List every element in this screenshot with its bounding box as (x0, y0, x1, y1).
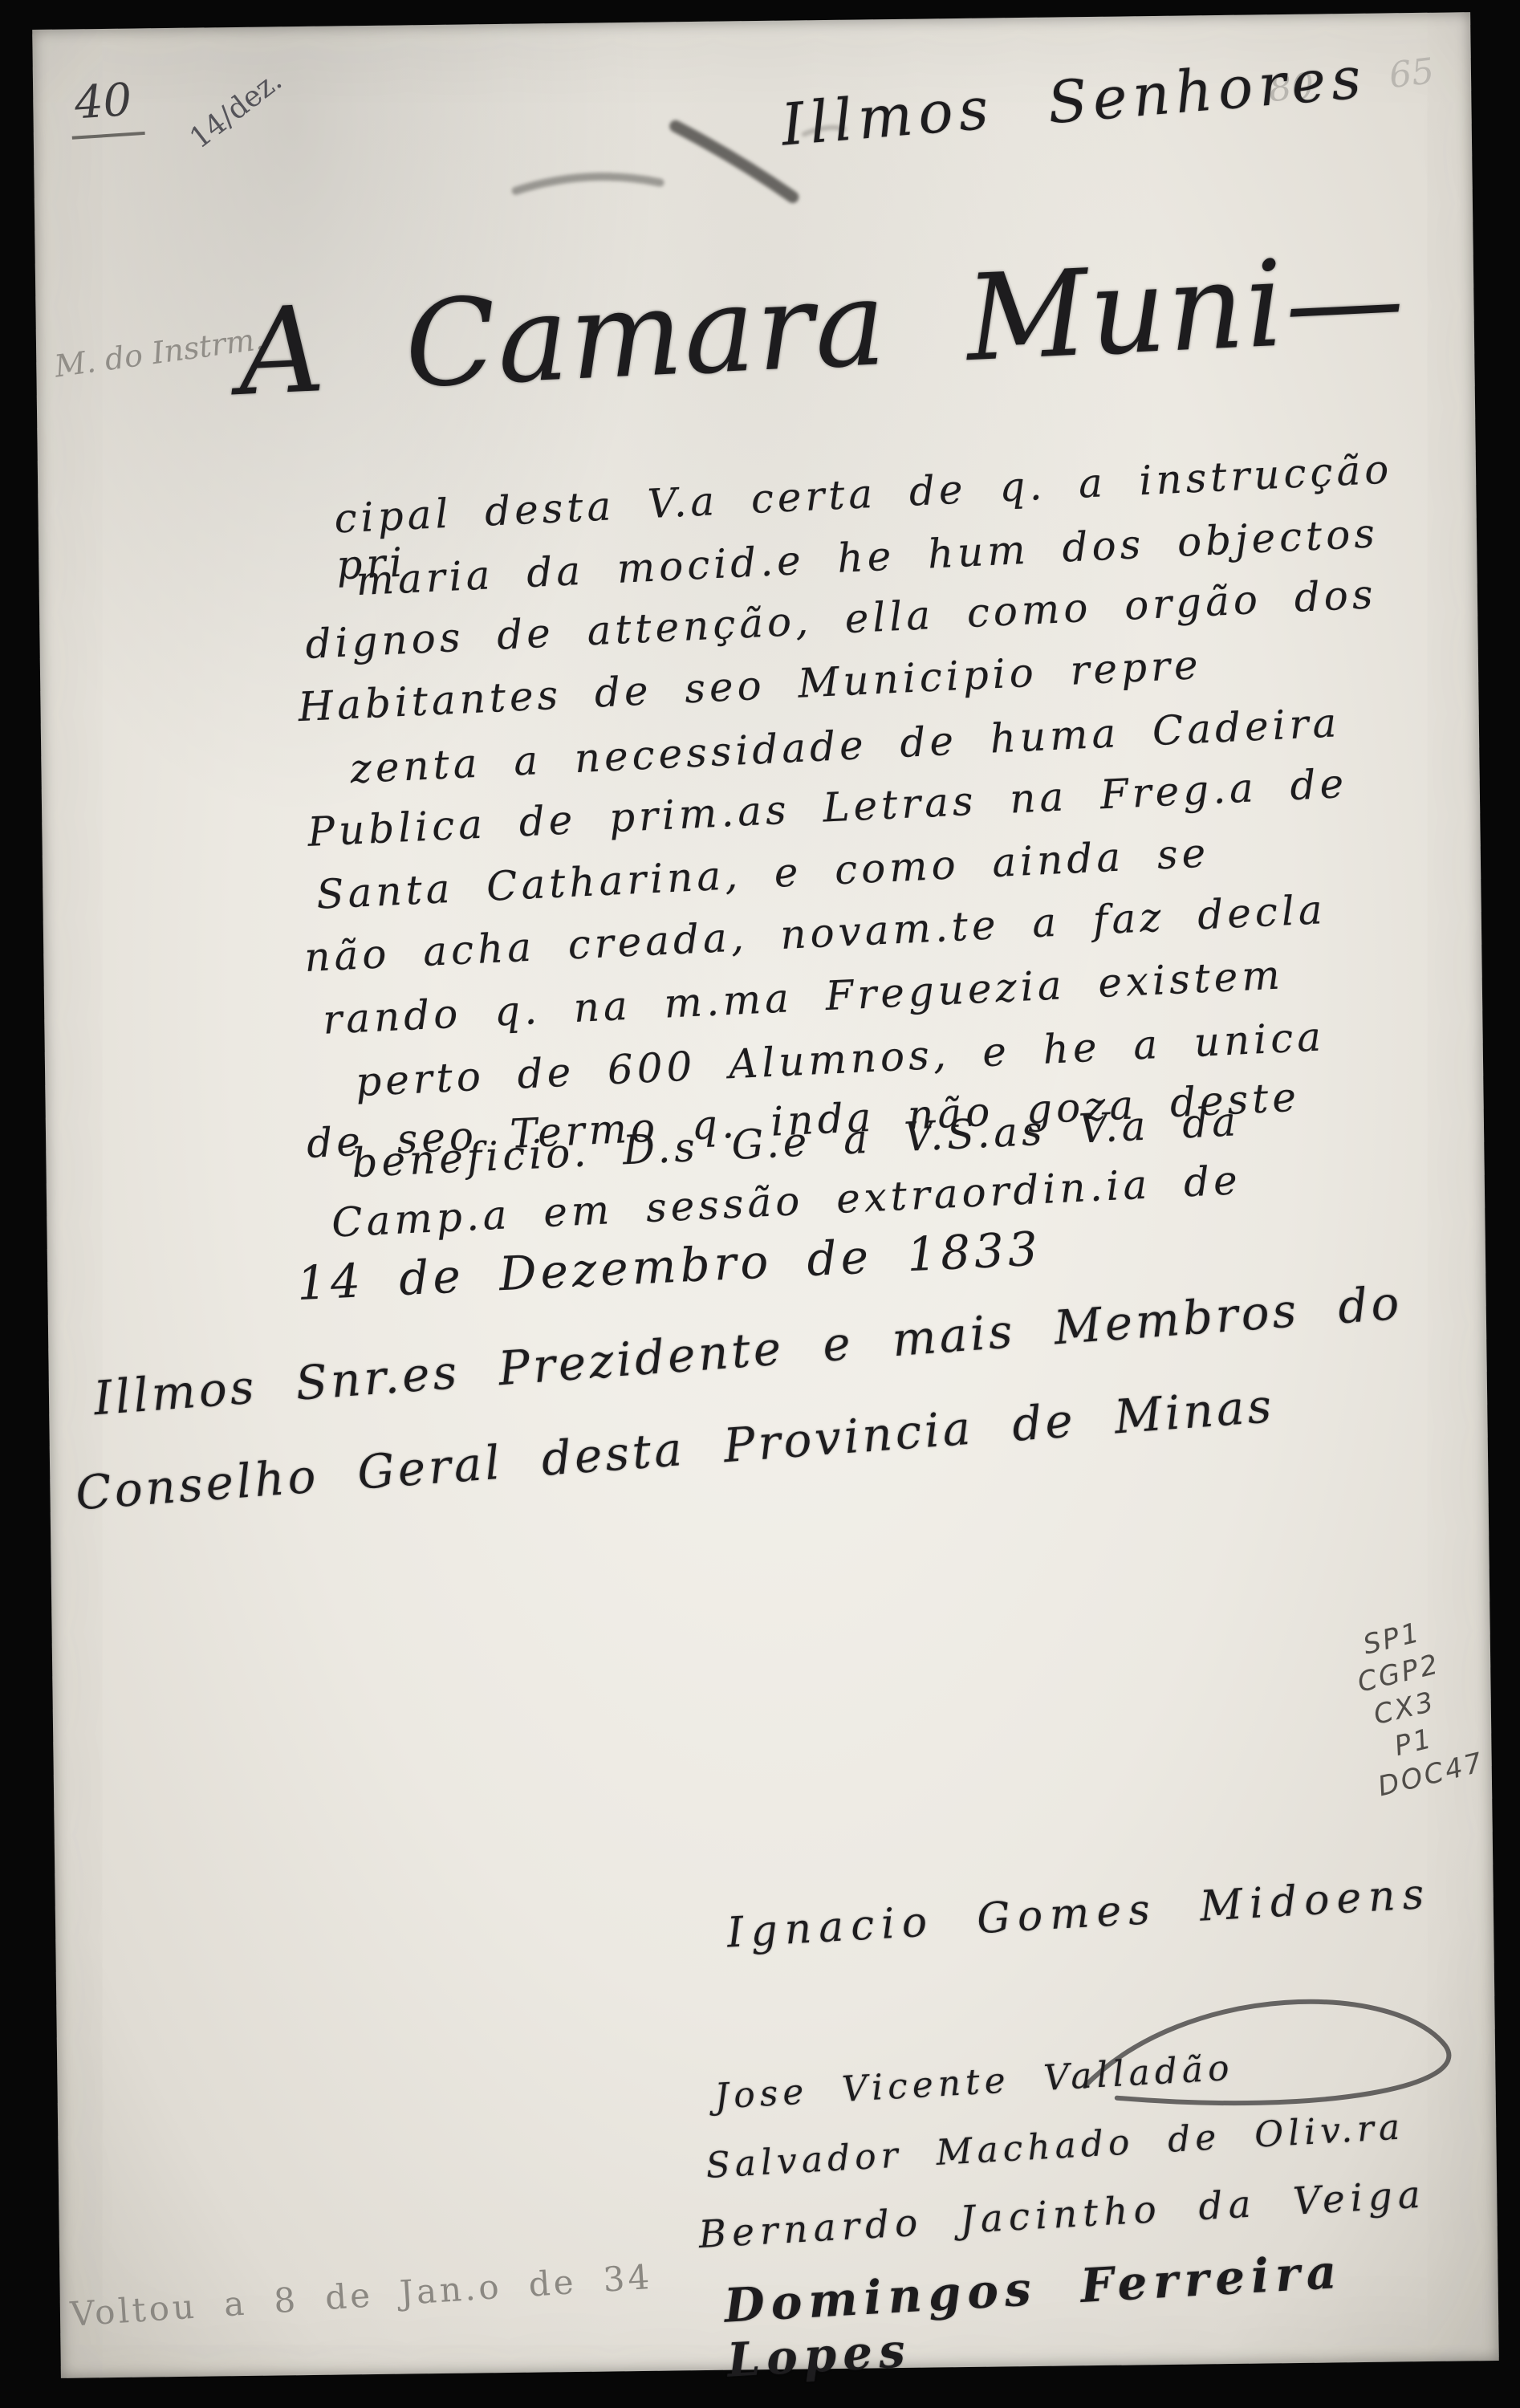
signature-block: Ignacio Gomes Midoens Jose Vicente Valla… (32, 12, 1470, 30)
photograph-of-manuscript: { "photo": { "background_color": "#07070… (0, 0, 1520, 2408)
signature: Bernardo Jacintho da Veiga (697, 2173, 1427, 2258)
archive-stamp: SP1 CGP2 CX3 P1 DOC47 (1346, 1606, 1493, 1804)
manuscript-paper: 40 14/dez. 80 65 M. do Instrm. Illmos Se… (32, 12, 1499, 2378)
address-block: Illmos Snr.es Prezidente e mais Membros … (32, 12, 1470, 30)
pencil-number-65: 65 (1387, 51, 1437, 96)
signature: Domingos Ferreira Lopes (723, 2235, 1498, 2387)
salutation: Illmos Senhores (778, 43, 1368, 159)
folio-number: 40 (68, 73, 145, 140)
return-pencil-note: Voltou a 8 de Jan.o de 34 (69, 2257, 653, 2334)
signature: Salvador Machado de Oliv.ra (705, 2106, 1405, 2186)
margin-pencil-note: M. do Instrm. (52, 321, 266, 384)
signature: Ignacio Gomes Midoens (725, 1870, 1432, 1958)
letter-body: cipal desta V.a certa de q. a instrucção… (32, 12, 1470, 30)
received-date-note: 14/dez. (184, 64, 288, 156)
letter-opening: A Camara Muni— (235, 230, 1408, 422)
